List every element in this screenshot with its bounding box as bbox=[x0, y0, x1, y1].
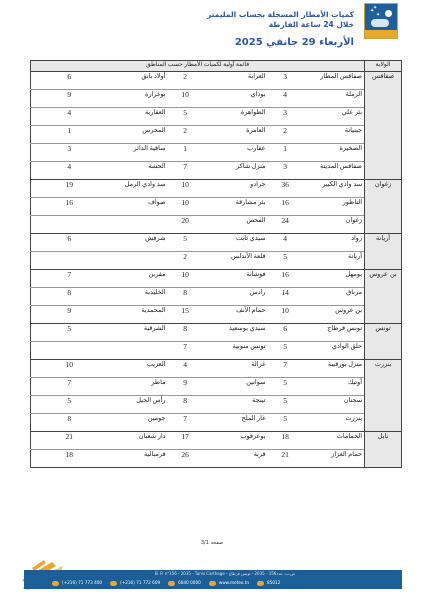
station-name: الشرقية bbox=[108, 324, 168, 342]
sms-icon bbox=[257, 581, 264, 586]
rain-value: 1 bbox=[268, 144, 303, 162]
station-name: فوشانة bbox=[203, 270, 268, 288]
rain-value: 6 bbox=[31, 72, 108, 90]
rain-value: 3 bbox=[268, 162, 303, 180]
table-row: تونستونس قرطاج6سيدي بوسعيد8الشرقية5 bbox=[31, 324, 402, 342]
governorate-cell: تونس bbox=[365, 324, 402, 360]
star-icon: ✦ bbox=[373, 6, 377, 11]
rain-value: 1 bbox=[168, 144, 203, 162]
footer-website[interactable]: www.meteo.tn bbox=[209, 580, 249, 586]
rain-value: 10 bbox=[31, 360, 108, 378]
report-subtitle: خلال 24 ساعة الفارطة bbox=[207, 20, 354, 30]
report-header: كميات الأمطار المسجلة بحساب المليمتر خلا… bbox=[207, 10, 354, 50]
rain-value: 26 bbox=[168, 450, 203, 468]
cloud-icon bbox=[371, 19, 389, 27]
rain-value: 2 bbox=[168, 252, 203, 270]
table-row: بنزرت5غار الملح7جومين8 bbox=[31, 414, 402, 432]
rain-value: 14 bbox=[268, 288, 303, 306]
table-row: صفاقس المدينة3منزل شاكر7الحشة4 bbox=[31, 162, 402, 180]
rain-value: 7 bbox=[168, 162, 203, 180]
table-row: أريانة5قلعة الأندلس2 bbox=[31, 252, 402, 270]
station-name: بن عروس bbox=[303, 306, 365, 324]
station-name: الصخيرة bbox=[303, 144, 365, 162]
rain-value: 21 bbox=[268, 450, 303, 468]
station-name: مقرين bbox=[108, 270, 168, 288]
station-name: سيدي بوسعيد bbox=[203, 324, 268, 342]
rain-value: 10 bbox=[168, 198, 203, 216]
station-name: رأس الجبل bbox=[108, 396, 168, 414]
station-name: صفاقس المطار bbox=[303, 72, 365, 90]
rain-value bbox=[31, 252, 108, 270]
station-name: العامرة bbox=[203, 126, 268, 144]
station-name: زغوان bbox=[303, 216, 365, 234]
rain-value: 7 bbox=[268, 360, 303, 378]
station-name: غار الملح bbox=[203, 414, 268, 432]
station-name: الحمامات bbox=[303, 432, 365, 450]
rain-value: 6 bbox=[268, 324, 303, 342]
station-name: مرناق bbox=[303, 288, 365, 306]
rain-value: 5 bbox=[268, 414, 303, 432]
phone-icon bbox=[52, 581, 59, 586]
table-row: بن عروسبومهل16فوشانة10مقرين7 bbox=[31, 270, 402, 288]
rain-value: 4 bbox=[168, 360, 203, 378]
rain-value: 9 bbox=[31, 306, 108, 324]
rain-value: 8 bbox=[168, 396, 203, 414]
rain-value: 10 bbox=[168, 90, 203, 108]
rain-value: 7 bbox=[31, 270, 108, 288]
table-row: بن عروس10حمام الأنف15المحمدية9 bbox=[31, 306, 402, 324]
governorate-cell: زغوان bbox=[365, 180, 402, 234]
rain-value: 10 bbox=[268, 306, 303, 324]
fax-icon bbox=[110, 581, 117, 586]
table-row: بئر علي3الظواهرة5العقارية4 bbox=[31, 108, 402, 126]
rain-value: 3 bbox=[268, 108, 303, 126]
station-name: بئر علي bbox=[303, 108, 365, 126]
rain-value: 2 bbox=[268, 126, 303, 144]
rain-value bbox=[31, 342, 108, 360]
table-row: الرملة4بوذاي10بوغرارة9 bbox=[31, 90, 402, 108]
station-name: سد وادي الكبير bbox=[303, 180, 365, 198]
rain-value: 3 bbox=[31, 144, 108, 162]
station-name: قربة bbox=[203, 450, 268, 468]
station-name: قلعة الأندلس bbox=[203, 252, 268, 270]
station-name: بومهل bbox=[303, 270, 365, 288]
rain-value: 10 bbox=[168, 180, 203, 198]
rain-value: 19 bbox=[31, 180, 108, 198]
station-name: الظواهرة bbox=[203, 108, 268, 126]
station-name: بوغرارة bbox=[108, 90, 168, 108]
footer-sms: 85012 bbox=[257, 580, 280, 586]
station-name: رادس bbox=[203, 288, 268, 306]
rain-value: 5 bbox=[268, 396, 303, 414]
rain-value: 8 bbox=[31, 414, 108, 432]
station-name: جرادو bbox=[203, 180, 268, 198]
table-row: زغوانسد وادي الكبير36جرادو10سد وادي الرم… bbox=[31, 180, 402, 198]
governorate-cell: صفاقس bbox=[365, 72, 402, 180]
table-body: صفاقسصفاقس المطار3الغرابة2أولاد بانق6الر… bbox=[31, 72, 402, 468]
station-name: أوتيك bbox=[303, 378, 365, 396]
table-row: جبنيانة2العامرة2المحرس1 bbox=[31, 126, 402, 144]
station-name bbox=[108, 342, 168, 360]
rain-value: 16 bbox=[268, 270, 303, 288]
rain-value: 7 bbox=[31, 378, 108, 396]
station-name: سيدي ثابت bbox=[203, 234, 268, 252]
station-name: غزالة bbox=[203, 360, 268, 378]
station-name: بنزرت bbox=[303, 414, 365, 432]
governorate-cell: بن عروس bbox=[365, 270, 402, 324]
station-name: سجنان bbox=[303, 396, 365, 414]
rainfall-table: الولاية قائمة أولية لكميات الأمطار حسب ا… bbox=[30, 60, 402, 468]
station-name: تونس منوبية bbox=[203, 342, 268, 360]
sun-icon bbox=[385, 10, 392, 17]
report-date: الأربعاء 29 جانفي 2025 bbox=[207, 36, 354, 50]
rain-value: 9 bbox=[31, 90, 108, 108]
footer-phone: (+216) 71 773 400 bbox=[52, 580, 102, 586]
station-name: الخليدية bbox=[108, 288, 168, 306]
rain-value: 5 bbox=[168, 108, 203, 126]
rain-value: 8 bbox=[168, 288, 203, 306]
station-name: منزل شاكر bbox=[203, 162, 268, 180]
station-name: العزيب bbox=[108, 360, 168, 378]
rain-value: 8 bbox=[31, 288, 108, 306]
table-row: أوتيك5سوانين9ماطر7 bbox=[31, 378, 402, 396]
footer-address: B. P. n°156 - 2035 - Tunis Carthage - ص.… bbox=[100, 571, 350, 576]
rain-value: 24 bbox=[268, 216, 303, 234]
governorate-cell: نابل bbox=[365, 432, 402, 468]
station-name: منزل بورقيبة bbox=[303, 360, 365, 378]
web-icon bbox=[209, 581, 216, 586]
page-number: صفحة 3/1 bbox=[0, 540, 424, 546]
station-name: الغرابة bbox=[203, 72, 268, 90]
rain-value: 20 bbox=[168, 216, 203, 234]
footer-contacts: (+216) 71 773 400 (+216) 71 772 609 6840… bbox=[52, 580, 402, 586]
station-name: تونس قرطاج bbox=[303, 324, 365, 342]
rain-value: 21 bbox=[31, 432, 108, 450]
table-row: زغوان24الفحص20 bbox=[31, 216, 402, 234]
station-name: أريانة bbox=[303, 252, 365, 270]
table-row: الناظور16بئر مشارقة10صواف16 bbox=[31, 198, 402, 216]
rain-value: 15 bbox=[168, 306, 203, 324]
hotline-icon bbox=[168, 581, 175, 586]
table-row: حلق الوادي5تونس منوبية7 bbox=[31, 342, 402, 360]
rain-value: 36 bbox=[268, 180, 303, 198]
rain-value: 5 bbox=[268, 252, 303, 270]
rain-value: 18 bbox=[31, 450, 108, 468]
rain-value: 4 bbox=[268, 90, 303, 108]
rain-value: 16 bbox=[268, 198, 303, 216]
station-name: سوانين bbox=[203, 378, 268, 396]
station-name: جومين bbox=[108, 414, 168, 432]
station-name: أولاد بانق bbox=[108, 72, 168, 90]
station-name bbox=[108, 252, 168, 270]
station-name: الناظور bbox=[303, 198, 365, 216]
station-name: المحمدية bbox=[108, 306, 168, 324]
station-name: دار شعبان bbox=[108, 432, 168, 450]
station-name: الرملة bbox=[303, 90, 365, 108]
station-name: الفحص bbox=[203, 216, 268, 234]
station-name: المحرس bbox=[108, 126, 168, 144]
rain-value: 9 bbox=[168, 378, 203, 396]
station-name: سد وادي الرمل bbox=[108, 180, 168, 198]
rain-value: 5 bbox=[268, 342, 303, 360]
station-name: بئر مشارقة bbox=[203, 198, 268, 216]
station-name: تينجة bbox=[203, 396, 268, 414]
station-name: حمام الأنف bbox=[203, 306, 268, 324]
station-name: العقارية bbox=[108, 108, 168, 126]
station-name: صفاقس المدينة bbox=[303, 162, 365, 180]
rain-value bbox=[31, 216, 108, 234]
table-row: صفاقسصفاقس المطار3الغرابة2أولاد بانق6 bbox=[31, 72, 402, 90]
rain-value: 18 bbox=[268, 432, 303, 450]
rain-value: 4 bbox=[268, 234, 303, 252]
station-name: حلق الوادي bbox=[303, 342, 365, 360]
table-row: سجنان5تينجة8رأس الجبل5 bbox=[31, 396, 402, 414]
table-row: أريانةرواد4سيدي ثابت5شرفش6 bbox=[31, 234, 402, 252]
rain-value: 16 bbox=[31, 198, 108, 216]
rain-value: 3 bbox=[268, 72, 303, 90]
logo-band bbox=[365, 30, 397, 38]
table-row: بنزرتمنزل بورقيبة7غزالة4العزيب10 bbox=[31, 360, 402, 378]
rain-value: 7 bbox=[168, 342, 203, 360]
report-title: كميات الأمطار المسجلة بحساب المليمتر bbox=[207, 10, 354, 20]
header-list: قائمة أولية لكميات الأمطار حسب المناطق bbox=[31, 61, 365, 72]
rain-value: 8 bbox=[168, 324, 203, 342]
rain-value: 7 bbox=[168, 414, 203, 432]
station-name: ماطر bbox=[108, 378, 168, 396]
rain-value: 5 bbox=[168, 234, 203, 252]
station-name: الحشة bbox=[108, 162, 168, 180]
rain-value: 2 bbox=[168, 72, 203, 90]
star-icon: ✦ bbox=[376, 13, 380, 18]
station-name: عقارب bbox=[203, 144, 268, 162]
table-row: نابلالحمامات18بوعرقوب17دار شعبان21 bbox=[31, 432, 402, 450]
station-name: ساقية الدائر bbox=[108, 144, 168, 162]
footer-hotline: 6840 0000 bbox=[168, 580, 201, 586]
rain-value: 5 bbox=[268, 378, 303, 396]
rain-value: 5 bbox=[31, 396, 108, 414]
institute-logo: ✦ ✦ ✦ bbox=[364, 3, 398, 39]
rain-value: 4 bbox=[31, 108, 108, 126]
station-name: بوعرقوب bbox=[203, 432, 268, 450]
rain-value: 1 bbox=[31, 126, 108, 144]
table-header-row: الولاية قائمة أولية لكميات الأمطار حسب ا… bbox=[31, 61, 402, 72]
station-name: شرفش bbox=[108, 234, 168, 252]
station-name: جبنيانة bbox=[303, 126, 365, 144]
table-row: حمام الغزاز21قربة26قرمبالية18 bbox=[31, 450, 402, 468]
rain-value: 2 bbox=[168, 126, 203, 144]
rain-value: 6 bbox=[31, 234, 108, 252]
table-row: الصخيرة1عقارب1ساقية الدائر3 bbox=[31, 144, 402, 162]
header-governorate: الولاية bbox=[365, 61, 402, 72]
rain-value: 17 bbox=[168, 432, 203, 450]
governorate-cell: بنزرت bbox=[365, 360, 402, 432]
governorate-cell: أريانة bbox=[365, 234, 402, 270]
station-name bbox=[108, 216, 168, 234]
rain-value: 5 bbox=[31, 324, 108, 342]
footer-fax: (+216) 71 772 609 bbox=[110, 580, 160, 586]
station-name: حمام الغزاز bbox=[303, 450, 365, 468]
station-name: قرمبالية bbox=[108, 450, 168, 468]
table-row: مرناق14رادس8الخليدية8 bbox=[31, 288, 402, 306]
rain-value: 4 bbox=[31, 162, 108, 180]
station-name: صواف bbox=[108, 198, 168, 216]
station-name: رواد bbox=[303, 234, 365, 252]
station-name: بوذاي bbox=[203, 90, 268, 108]
rain-value: 10 bbox=[168, 270, 203, 288]
